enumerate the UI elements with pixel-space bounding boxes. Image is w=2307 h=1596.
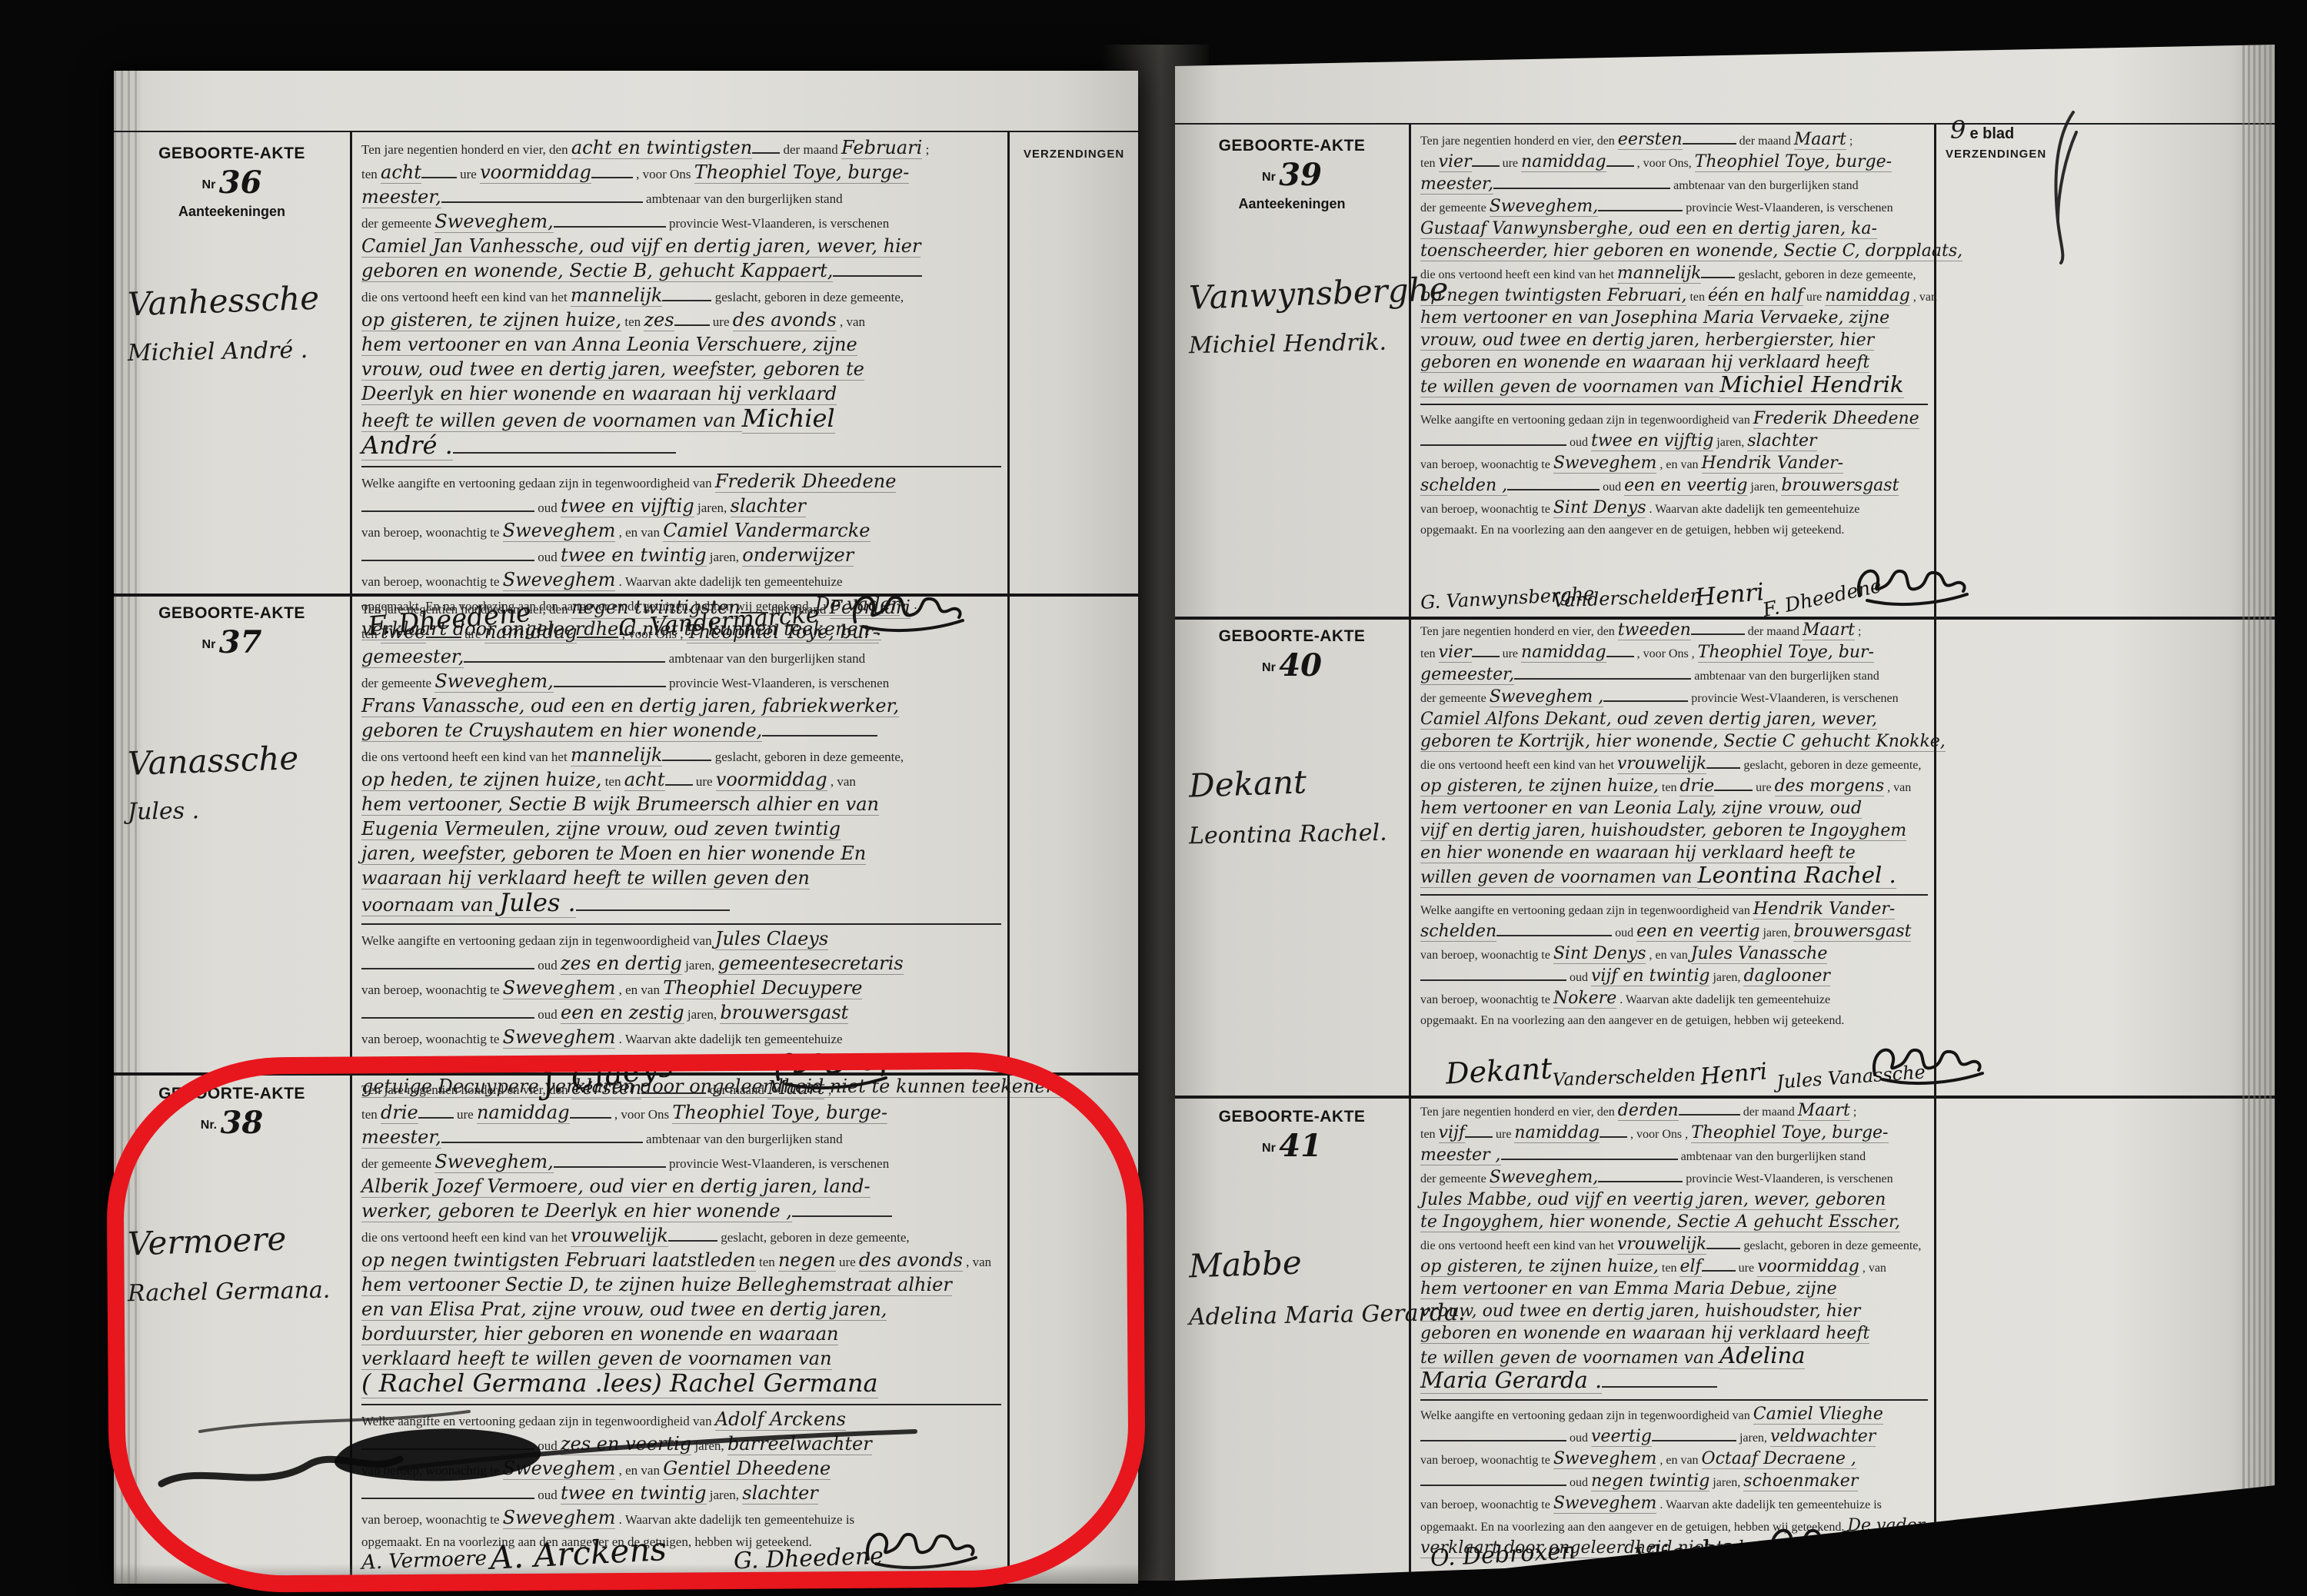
handwritten-text: willen geven de voornamen van <box>1420 868 1697 888</box>
printed-form-text: geslacht, geboren in deze gemeente, <box>711 750 904 764</box>
printed-form-text: oud <box>534 958 561 973</box>
act-body-line: hem vertooner en van Josephina Maria Ver… <box>1420 308 1928 330</box>
handwritten-text: drie <box>381 1102 418 1124</box>
handwritten-text: daglooner <box>1743 966 1830 986</box>
handwritten-text: brouwersgast <box>720 1002 848 1024</box>
act-body-line: gemeester, ambtenaar van den burgerlijke… <box>361 646 1001 670</box>
printed-form-text: Ten jare negentien honderd en vier, den <box>361 602 571 617</box>
act-type-header: GEBOORTE-AKTE <box>114 1085 350 1103</box>
handwritten-text: vijf en twintig <box>1591 966 1709 986</box>
act-body: Ten jare negentien honderd en vier, den … <box>1420 620 1928 889</box>
act-body-line: op heden, te zijnen huize, ten acht ure … <box>361 769 1001 793</box>
printed-form-text: oud <box>1612 926 1636 939</box>
printed-form-text: jaren, <box>707 550 743 564</box>
handwritten-text: acht <box>381 161 421 184</box>
printed-form-text: , en van <box>615 525 663 540</box>
handwritten-text: Sweveghem <box>1553 454 1657 474</box>
handwritten-text: geboren en wonende, Sectie B, gehucht Ka… <box>361 260 833 282</box>
act-body-line: der gemeente Sweveghem , provincie West-… <box>1420 687 1928 709</box>
handwritten-text: Theophiel Toye, bur- <box>687 621 879 643</box>
act-witness-line: van beroep, woonachtig te Sint Denys . W… <box>1420 497 1928 520</box>
fill-in-rule <box>421 166 457 178</box>
printed-form-text: ambtenaar van den burgerlijken stand <box>1678 1150 1866 1163</box>
act-witness-line: oud twee en vijftig jaren, slachter <box>361 495 1001 520</box>
act-body-line: Ten jare negentien honderd en vier, den … <box>1420 129 1928 151</box>
act-body-line: op gisteren, te zijnen huize, ten drie u… <box>1420 776 1928 798</box>
fill-in-rule <box>418 1106 454 1119</box>
fill-in-rule <box>361 1006 534 1019</box>
handwritten-text: brouwersgast <box>1793 922 1911 942</box>
fill-in-rule <box>662 289 711 301</box>
printed-form-text: , van <box>837 314 865 329</box>
signature: A. Vermoere <box>361 1547 488 1574</box>
handwritten-text: waaraan hij verklaard heeft te willen ge… <box>361 867 810 889</box>
printed-form-text: van beroep, woonachtig te <box>1420 503 1553 516</box>
signature: O. Debroxen <box>1430 1538 1576 1572</box>
act-body-line: meester, ambtenaar van den burgerlijken … <box>361 186 1001 211</box>
fill-in-rule <box>1679 1103 1740 1116</box>
handwritten-text: Hendrik Vander- <box>1702 454 1844 474</box>
handwritten-text: Maart <box>1794 130 1846 150</box>
fill-in-rule <box>576 899 730 911</box>
act-margin: GEBOORTE-AKTENr 36AanteekeningenVanhessc… <box>114 132 352 643</box>
fill-in-rule <box>752 141 780 154</box>
act-witness-line: van beroep, woonachtig te Sweveghem , en… <box>1420 453 1928 475</box>
act-body: Ten jare negentien honderd en vier, den … <box>361 1077 1001 1399</box>
handwritten-text: op gisteren, te zijnen huize, <box>1420 1257 1659 1277</box>
signature: Vlieghe <box>1633 1532 1736 1573</box>
printed-form-text: oud <box>1600 480 1624 494</box>
fill-in-rule <box>674 314 710 326</box>
printed-form-text: , en van <box>1646 949 1690 962</box>
handwritten-text: Deerlyk en hier wonende en waaraan hij v… <box>361 383 837 405</box>
verzendingen-cell <box>1936 615 2275 1096</box>
printed-form-text: jaren, <box>682 958 718 973</box>
handwritten-text: gemeester, <box>1420 665 1514 685</box>
signature-row: DekantVanderscheldenHenriJules Vanassche <box>1420 1026 1929 1092</box>
printed-form-text: provincie West-Vlaanderen, is verschenen <box>1688 692 1898 705</box>
act-body-line: Frans Vanassche, oud een en dertig jaren… <box>361 695 1001 720</box>
printed-form-text: ; <box>1850 1106 1856 1119</box>
printed-form-text: der gemeente <box>361 676 434 690</box>
printed-form-text: ; <box>824 1082 831 1097</box>
fill-in-rule <box>741 601 768 613</box>
printed-form-text: ure <box>693 774 716 789</box>
handwritten-text: Theophiel Toye, burge- <box>1695 152 1892 172</box>
act-body-line: ten acht ure voormiddag , voor Ons Theop… <box>361 161 1001 186</box>
act-body-line: vijf en dertig jaren, huishoudster, gebo… <box>1420 820 1928 843</box>
printed-form-text: oud <box>1566 1431 1591 1445</box>
annotations-label: Aanteekeningen <box>114 204 350 220</box>
fill-in-rule <box>570 1106 611 1119</box>
act-number-value: 41 <box>1279 1128 1322 1164</box>
handwritten-text: op gisteren, te zijnen huize, <box>1420 776 1659 796</box>
fill-in-rule <box>1606 155 1634 167</box>
printed-form-text: jaren, <box>1713 436 1747 449</box>
printed-form-text: ; <box>1846 135 1853 148</box>
act-body-line: ten vier ure namiddag , voor Ons , Theop… <box>1420 642 1928 664</box>
act-body-line: Maria Gerarda . <box>1420 1370 1928 1395</box>
handwritten-text: Theophiel Toye, burge- <box>1691 1123 1888 1143</box>
handwritten-text: namiddag <box>1521 152 1606 172</box>
handwritten-text: vrouwelijk <box>1617 1235 1706 1255</box>
fill-in-rule <box>1702 1259 1736 1272</box>
handwritten-text: Februari <box>830 597 910 619</box>
printed-form-text: jaren, <box>1709 971 1743 984</box>
handwritten-text: geboren te Cruyshautem en hier wonende, <box>361 720 762 742</box>
handwritten-text: één en half <box>1708 286 1803 306</box>
child-given-names: Rachel Germana. <box>128 1277 331 1308</box>
printed-form-text: ure <box>1803 291 1825 304</box>
act-type-header: GEBOORTE-AKTE <box>114 145 350 163</box>
handwritten-text: Sweveghem <box>503 977 616 999</box>
printed-form-text: , voor Ons , <box>618 627 686 641</box>
handwritten-text: Maart <box>1803 620 1855 640</box>
child-given-names: Michiel Hendrik. <box>1189 329 1387 359</box>
act-body-line: vrouw, oud twee en dertig jaren, herberg… <box>1420 330 1928 352</box>
handwritten-text: jaren, weefster, geboren te Moen en hier… <box>361 843 866 865</box>
handwritten-text: twee en vijftig <box>1591 431 1713 451</box>
handwritten-text: twee <box>381 621 426 643</box>
act-body-line: ( Rachel Germana .lees) Rachel Germana <box>361 1372 1001 1399</box>
act-margin: GEBOORTE-AKTENr 41MabbeAdelina Maria Ger… <box>1175 1096 1411 1576</box>
printed-form-text: ambtenaar van den burgerlijken stand <box>1670 179 1859 192</box>
handwritten-text: vijf <box>1439 1123 1465 1143</box>
printed-form-text: ambtenaar van den burgerlijken stand <box>643 191 843 206</box>
printed-form-text: ten <box>361 1107 381 1122</box>
printed-form-text: . Waarvan akte dadelijk ten gemeentehuiz… <box>1616 993 1830 1006</box>
printed-form-text: Welke aangifte en vertooning gedaan zijn… <box>1420 1409 1753 1422</box>
handwritten-text: Frederik Dheedene <box>715 470 897 493</box>
fill-in-rule <box>1493 177 1670 189</box>
handwritten-text: voornaam van <box>361 894 499 916</box>
handwritten-text: ( Rachel Germana .lees) Rachel Germana <box>361 1368 878 1398</box>
child-surname: Vanwynsberghe <box>1188 270 1449 317</box>
handwritten-text: Sint Denys <box>1553 498 1646 518</box>
printed-form-text: ten <box>1659 1262 1680 1275</box>
act-body-line: Ten jare negentien honderd en vier, den … <box>361 1077 1001 1102</box>
act-number-prefix: Nr <box>202 638 219 651</box>
signature: A. Arckens <box>489 1530 667 1577</box>
act-body-line: meester , ambtenaar van den burgerlijken… <box>1420 1145 1928 1167</box>
printed-form-text: opgemaakt. En na voorlezing aan den aang… <box>1420 524 1844 537</box>
printed-form-text: ; <box>922 142 929 157</box>
act-body-line: Ten jare negentien honderd en vier, den … <box>361 137 1001 161</box>
act-body-line: gemeester, ambtenaar van den burgerlijke… <box>1420 664 1928 687</box>
handwritten-text: een en veertig <box>1636 922 1759 942</box>
printed-form-text: der maand <box>706 1082 767 1097</box>
handwritten-text: acht en twintigsten <box>571 137 752 159</box>
handwritten-text: meester, <box>361 1126 441 1149</box>
handwritten-text: een en zestig <box>561 1002 684 1024</box>
printed-form-text: die ons vertoond heeft een kind van het <box>361 290 571 304</box>
signature: Henri <box>1699 1058 1769 1090</box>
fill-in-rule <box>1714 779 1753 791</box>
handwritten-text: Theophiel Decuypere <box>663 977 862 999</box>
printed-form-text: ten <box>621 314 644 329</box>
act-text: Ten jare negentien honderd en vier, den … <box>1411 125 1936 617</box>
handwritten-text: te Ingoyghem, hier wonende, Sectie A geh… <box>1420 1212 1900 1232</box>
printed-form-text: ure <box>457 167 480 181</box>
act-number-value: 39 <box>1279 157 1322 193</box>
handwritten-text: zes en dertig <box>561 953 682 975</box>
act-number: Nr 40 <box>1175 647 1409 683</box>
printed-form-text: provincie West-Vlaanderen, is verschenen <box>1683 1172 1893 1185</box>
printed-form-text: ten <box>1420 647 1439 660</box>
printed-form-text: der gemeente <box>361 216 434 231</box>
printed-form-text: ten <box>1686 291 1708 304</box>
printed-form-text: geslacht, geboren in deze gemeente, <box>1740 1239 1921 1252</box>
verzendingen-cell <box>1936 125 2275 617</box>
printed-form-text: geslacht, geboren in deze gemeente, <box>711 290 904 304</box>
signature-flourish-icon <box>1766 1520 1886 1573</box>
act-body-line: toenscheerder, hier geboren en wonende, … <box>1420 241 1928 263</box>
handwritten-text: vijf en dertig jaren, huishoudster, gebo… <box>1420 821 1906 841</box>
act-41: GEBOORTE-AKTENr 41MabbeAdelina Maria Ger… <box>1175 1096 2275 1576</box>
printed-form-text: der maand <box>1740 1106 1798 1119</box>
act-witness-section: Welke aangifte en vertooning gedaan zijn… <box>1420 404 1928 540</box>
act-number-value: 36 <box>219 165 262 201</box>
act-body-line: vrouw, oud twee en dertig jaren, weefste… <box>361 358 1001 383</box>
handwritten-text: en van Elisa Prat, zijne vrouw, oud twee… <box>361 1298 887 1321</box>
act-36: GEBOORTE-AKTENr 36AanteekeningenVanhessc… <box>114 131 1138 597</box>
printed-form-text: , voor Ons <box>611 1107 673 1122</box>
act-number: Nr 39 <box>1175 157 1409 193</box>
printed-form-text: ten <box>1420 157 1439 170</box>
handwritten-text: op negen twintigsten Februari, <box>1420 286 1686 306</box>
handwritten-text: voormiddag <box>1757 1257 1859 1277</box>
fill-in-rule <box>1514 667 1691 680</box>
handwritten-text: meester, <box>1420 175 1493 195</box>
printed-form-text: die ons vertoond heeft een kind van het <box>1420 1239 1617 1252</box>
act-text: Ten jare negentien honderd en vier, den … <box>352 132 1010 643</box>
act-40: GEBOORTE-AKTENr 40DekantLeontina Rachel.… <box>1175 615 2275 1099</box>
printed-form-text: ten <box>361 167 381 181</box>
fill-in-rule <box>1507 478 1600 490</box>
verzendingen-cell <box>1010 1072 1138 1580</box>
printed-form-text: provincie West-Vlaanderen, is verschenen <box>666 676 890 690</box>
printed-form-text: der maand <box>1736 135 1794 148</box>
fill-in-rule <box>1683 132 1736 145</box>
act-body-line: werker, geboren te Deerlyk en hier wonen… <box>361 1200 1001 1225</box>
act-type-header: GEBOORTE-AKTE <box>1175 1108 1409 1126</box>
handwritten-text: brouwersgast <box>1781 476 1899 496</box>
printed-form-text: van beroep, woonachtig te <box>361 525 503 540</box>
fill-in-rule <box>554 215 666 228</box>
printed-form-text: Ten jare negentien honderd en vier, den <box>361 142 571 157</box>
act-body-line: hem vertooner Sectie D, te zijnen huize … <box>361 1274 1001 1298</box>
printed-form-text: oud <box>534 1007 561 1022</box>
handwritten-text: Michiel <box>742 404 835 434</box>
handwritten-text: meester , <box>1420 1145 1501 1165</box>
child-given-names: Michiel André . <box>128 337 308 367</box>
fill-in-rule <box>1501 1148 1678 1160</box>
handwritten-text: André . <box>361 431 453 461</box>
fill-in-rule <box>641 1082 706 1094</box>
act-number: Nr 37 <box>114 624 350 660</box>
handwritten-text: schelden <box>1420 922 1496 942</box>
act-body-line: der gemeente Sweveghem, provincie West-V… <box>361 211 1001 235</box>
handwritten-text: op heden, te zijnen huize, <box>361 769 601 791</box>
printed-form-text: die ons vertoond heeft een kind van het <box>1420 759 1617 772</box>
fill-in-rule <box>1606 645 1634 657</box>
act-number: Nr 41 <box>1175 1128 1409 1164</box>
handwritten-text: hem vertooner en van Leonia Laly, zijne … <box>1420 799 1862 819</box>
handwritten-text: hem vertooner en van Emma Maria Debue, z… <box>1420 1279 1837 1299</box>
handwritten-text: een en veertig <box>1624 476 1747 496</box>
printed-form-text: , voor Ons , <box>1634 647 1698 660</box>
fill-in-rule <box>577 626 618 638</box>
act-body-line: voornaam van Jules . <box>361 892 1001 919</box>
handwritten-text: veldwachter <box>1770 1427 1876 1447</box>
handwritten-text: vier <box>1439 152 1472 172</box>
act-margin: GEBOORTE-AKTENr 40DekantLeontina Rachel. <box>1175 615 1411 1096</box>
printed-form-text: der gemeente <box>361 1156 434 1171</box>
printed-form-text: ambtenaar van den burgerlijken stand <box>1691 670 1879 683</box>
fill-in-rule <box>762 724 877 736</box>
handwritten-text: heeft te willen geven de voornamen van <box>361 410 742 432</box>
handwritten-text: namiddag <box>1514 1123 1600 1143</box>
act-witness-line: oud veertig jaren, veldwachter <box>1420 1426 1928 1448</box>
act-body-line: heeft te willen geven de voornamen van M… <box>361 407 1001 434</box>
child-surname: Dekant <box>1188 763 1307 804</box>
handwritten-text: Jules Vanassche <box>1691 944 1828 964</box>
printed-form-text: oud <box>534 550 561 564</box>
handwritten-text: vier <box>1439 643 1472 663</box>
printed-form-text: geslacht, geboren in deze gemeente, <box>717 1230 910 1245</box>
fill-in-rule <box>1706 756 1740 769</box>
act-39: GEBOORTE-AKTENr 39AanteekeningenVanwynsb… <box>1175 123 2275 620</box>
act-witness-line: van beroep, woonachtig te Sweveghem , en… <box>1420 1448 1928 1471</box>
handwritten-text: vrouwelijk <box>571 1225 668 1247</box>
fill-in-rule <box>441 1131 643 1143</box>
act-body-line: meester, ambtenaar van den burgerlijken … <box>361 1126 1001 1151</box>
signature: Vanderschelden <box>1553 1066 1696 1090</box>
printed-form-text: geslacht, geboren in deze gemeente, <box>1740 759 1921 772</box>
act-body: Ten jare negentien honderd en vier, den … <box>361 137 1001 461</box>
printed-form-text: oud <box>1566 436 1591 449</box>
fill-in-rule <box>1652 1429 1736 1441</box>
fill-in-rule <box>591 166 633 178</box>
handwritten-text: hem vertooner en van Anna Leonia Verschu… <box>361 334 857 356</box>
handwritten-text: Camiel Vandermarcke <box>663 520 870 542</box>
printed-form-text: Ten jare negentien honderd en vier, den <box>1420 135 1618 148</box>
handwritten-text: onderwijzer <box>742 544 854 567</box>
printed-form-text: . Waarvan akte dadelijk ten gemeentehuiz… <box>1646 503 1859 516</box>
printed-form-text: van beroep, woonachtig te <box>361 983 503 997</box>
printed-form-text: die ons vertoond heeft een kind van het <box>361 750 571 764</box>
act-body-line: geboren te Cruyshautem en hier wonende, <box>361 720 1001 744</box>
act-body-line: die ons vertoond heeft een kind van het … <box>361 744 1001 769</box>
printed-form-text: , voor Ons <box>633 167 694 181</box>
handwritten-text: op negen twintigsten Februari laatstlede… <box>361 1249 756 1272</box>
handwritten-text: namiddag <box>1521 643 1606 663</box>
act-witness-line: van beroep, woonachtig te Sint Denys , e… <box>1420 943 1928 966</box>
handwritten-text: vrouw, oud twee en dertig jaren, herberg… <box>1420 331 1874 351</box>
handwritten-text: Sweveghem, <box>434 1151 553 1173</box>
fill-in-rule <box>426 626 461 638</box>
printed-form-text: , van <box>1859 1262 1886 1275</box>
printed-form-text: der maand <box>780 142 841 157</box>
handwritten-text: Frederik Dheedene <box>1753 409 1919 429</box>
fill-in-rule <box>453 441 676 454</box>
printed-form-text: ure <box>1500 647 1521 660</box>
handwritten-text: hem vertooner en van Josephina Maria Ver… <box>1420 308 1889 328</box>
printed-form-text: Ten jare negentien honderd en vier, den <box>1420 625 1618 638</box>
handwritten-text: Sweveghem <box>503 520 616 542</box>
fill-in-rule <box>1472 645 1500 657</box>
printed-form-text: ure <box>461 627 484 641</box>
handwritten-text: slachter <box>1747 431 1816 451</box>
handwritten-text: vrouw, oud twee en dertig jaren, huishou… <box>1420 1302 1860 1322</box>
printed-form-text: Ten jare negentien honderd en vier, den <box>1420 1106 1618 1119</box>
handwritten-text: Sweveghem , <box>1490 687 1604 707</box>
printed-form-text: die ons vertoond heeft een kind van het <box>1420 268 1617 281</box>
printed-form-text: der maand <box>1745 625 1803 638</box>
printed-form-text: ure <box>836 1255 859 1269</box>
act-body-line: Eugenia Vermeulen, zijne vrouw, oud zeve… <box>361 818 1001 843</box>
printed-form-text: geslacht, geboren in deze gemeente, <box>1735 268 1916 281</box>
act-witness-line: schelden oud een en veertig jaren, brouw… <box>1420 921 1928 943</box>
handwritten-text: Jules Mabbe, oud vijf en veertig jaren, … <box>1420 1190 1886 1210</box>
act-body-line: geboren te Kortrijk, hier wonende, Secti… <box>1420 731 1928 753</box>
signature-row: G. VanwynsbergheVanderscheldenHenriF. Dh… <box>1420 547 1929 613</box>
printed-form-text: ure <box>1493 1128 1514 1141</box>
signature: Henri <box>1694 578 1766 612</box>
handwritten-text: en hier wonende en waaraan hij verklaard… <box>1420 843 1856 863</box>
act-witness-line: schelden , oud een en veertig jaren, bro… <box>1420 475 1928 497</box>
fill-in-rule <box>1420 434 1566 446</box>
handwritten-text: verklaard heeft te willen geven de voorn… <box>361 1348 832 1370</box>
handwritten-text: voormiddag <box>716 769 827 791</box>
printed-form-text: Ten jare negentien honderd en vier, den <box>361 1082 571 1097</box>
register-left-page: VERZENDINGEN GEBOORTE-AKTENr 36Aanteeken… <box>114 71 1138 1584</box>
handwritten-text: negen twintig <box>1591 1471 1709 1491</box>
act-body-line: op negen twintigsten Februari laatstlede… <box>361 1249 1001 1274</box>
fill-in-rule <box>792 1205 892 1217</box>
act-text: Ten jare negentien honderd en vier, den … <box>1411 1096 1936 1576</box>
act-body-line: op gisteren, te zijnen huize, ten zes ur… <box>361 309 1001 334</box>
handwritten-text: geboren te Kortrijk, hier wonende, Secti… <box>1420 732 1946 752</box>
printed-form-text: ; <box>910 602 917 617</box>
handwritten-text: Sweveghem, <box>434 670 553 693</box>
act-text: Ten jare negentien honderd en vier, den … <box>1411 615 1936 1096</box>
handwritten-text: Camiel Vlieghe <box>1753 1405 1883 1425</box>
printed-form-text: , van <box>827 774 856 789</box>
handwritten-text: schelden , <box>1420 476 1507 496</box>
act-37: GEBOORTE-AKTENr 37VanasscheJules .Ten ja… <box>114 592 1138 1076</box>
handwritten-text: geboren en wonende en waaraan hij verkla… <box>1420 1324 1869 1344</box>
verzendingen-cell <box>1010 592 1138 1100</box>
fill-in-rule <box>464 650 665 663</box>
verzendingen-cell <box>1010 132 1138 643</box>
act-body-line: Alberik Jozef Vermoere, oud vier en dert… <box>361 1175 1001 1200</box>
act-body-line: Gustaaf Vanwynsberghe, oud een en dertig… <box>1420 218 1928 241</box>
handwritten-text: Sweveghem, <box>1490 1168 1599 1188</box>
handwritten-text: Alberik Jozef Vermoere, oud vier en dert… <box>361 1175 871 1198</box>
act-body-line: der gemeente Sweveghem, provincie West-V… <box>361 1151 1001 1175</box>
handwritten-text: Theophiel Toye, burge- <box>672 1102 887 1124</box>
handwritten-text: Maria Gerarda . <box>1420 1367 1602 1394</box>
printed-form-text: ; <box>1855 625 1861 638</box>
handwritten-text: op gisteren, te zijnen huize, <box>361 309 621 331</box>
handwritten-text: Octaaf Decraene , <box>1702 1449 1856 1469</box>
printed-form-text: ure <box>1500 157 1521 170</box>
act-body-line: die ons vertoond heeft een kind van het … <box>1420 263 1928 285</box>
printed-form-text: die ons vertoond heeft een kind van het <box>361 1230 571 1245</box>
fill-in-rule <box>361 549 534 561</box>
signature-row: A. VermoereA. ArckensG. Dheedene <box>361 1511 1003 1577</box>
